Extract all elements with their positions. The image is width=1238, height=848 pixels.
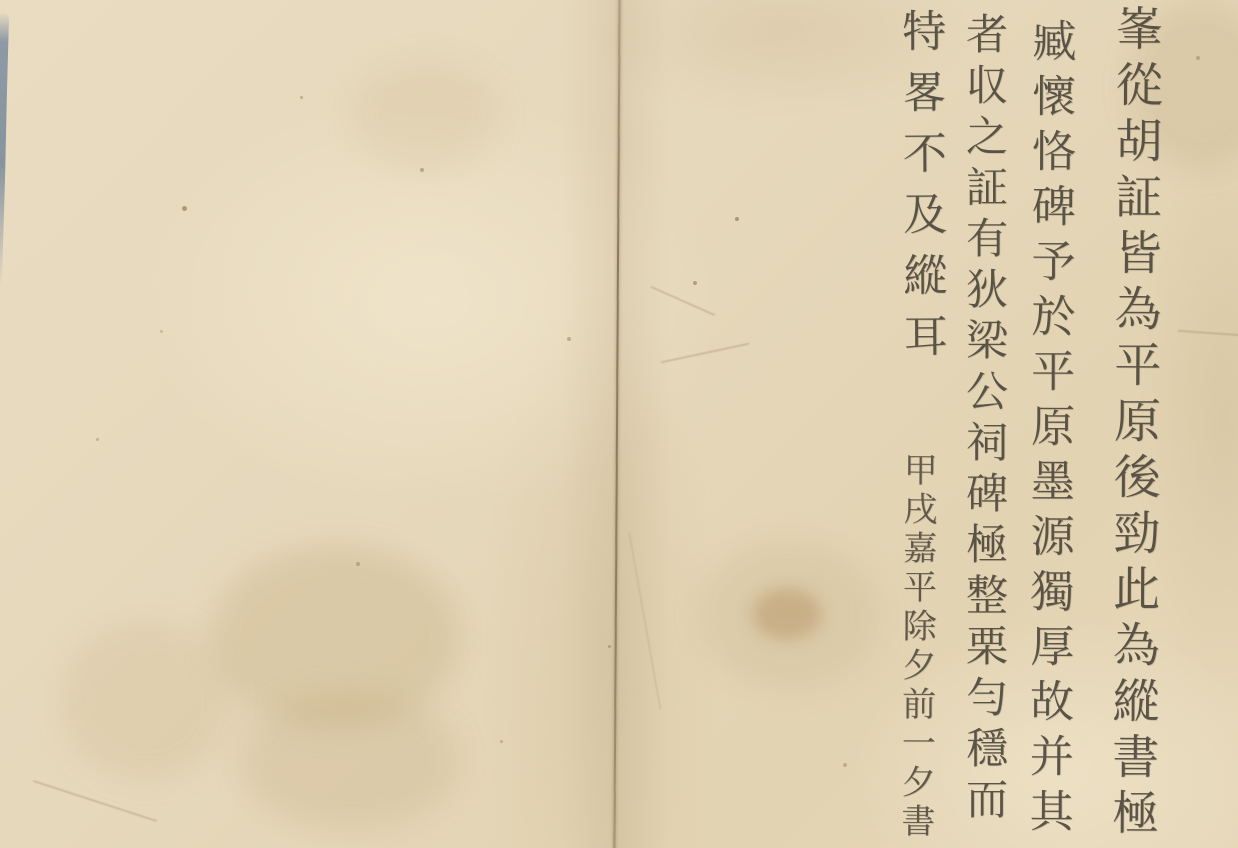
fox-spot <box>693 281 697 285</box>
text-column-1: 峯從胡証皆為平原後勁此為縱書極 <box>1098 4 1169 844</box>
foxing-stain <box>240 690 460 830</box>
paper-crease <box>1178 330 1238 336</box>
foxing-stain <box>700 540 880 690</box>
fox-spot <box>300 96 303 99</box>
paper-crease <box>661 343 749 363</box>
photo-background-edge <box>0 0 12 300</box>
fox-spot <box>182 206 187 211</box>
paper-crease <box>33 780 157 822</box>
text-column-3: 者収之証有狄梁公祠碑極整栗勻穩而 <box>954 12 1014 828</box>
manuscript-photo: 峯從胡証皆為平原後勁此為縱書極 臧懷恪碑予於平原墨源獨厚故并其 者収之証有狄梁公… <box>0 0 1238 848</box>
text-column-2: 臧懷恪碑予於平原墨源獨厚故并其 <box>1015 18 1082 843</box>
fox-spot <box>1196 56 1200 60</box>
fox-spot <box>160 330 163 333</box>
fox-spot <box>735 217 739 221</box>
foxing-stain <box>350 60 500 170</box>
text-column-4: 特畧不及縱耳 <box>887 8 953 374</box>
fox-spot <box>356 562 360 566</box>
fox-spot <box>96 438 99 441</box>
fox-spot <box>420 168 424 172</box>
colophon-date-column: 甲戌嘉平除夕前一夕書 <box>891 452 943 842</box>
fox-spot <box>843 763 847 767</box>
fox-spot <box>500 740 503 743</box>
foxing-stain <box>60 620 230 780</box>
